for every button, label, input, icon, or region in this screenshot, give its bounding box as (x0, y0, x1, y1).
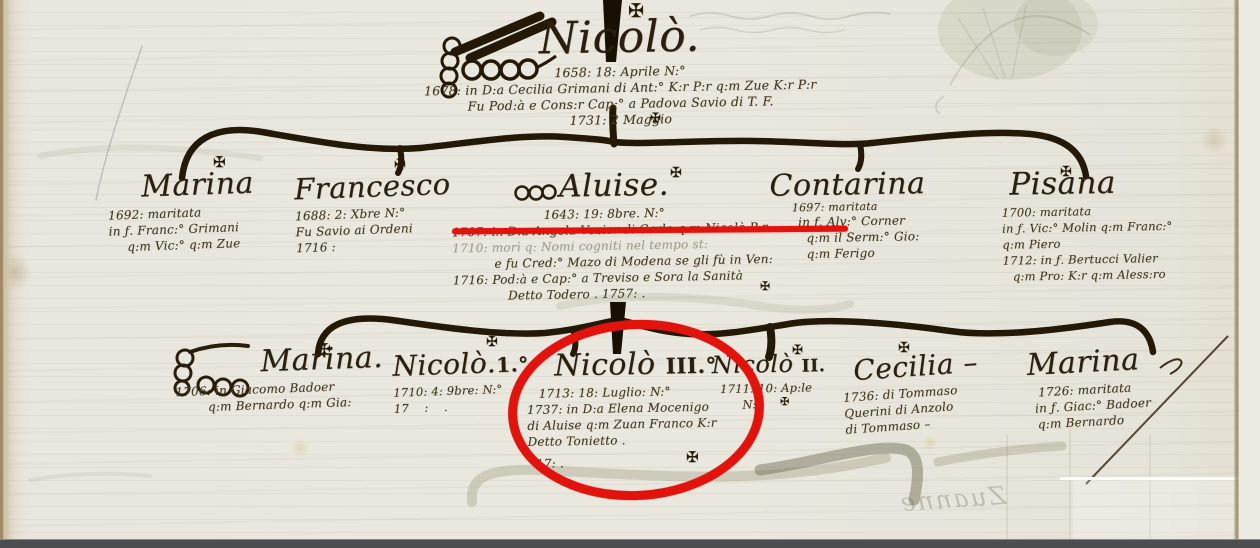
cross-icon: ✠ (780, 396, 789, 407)
cross-icon: ✠ (318, 342, 331, 357)
person-name: Nicolò. (379, 12, 860, 64)
cross-icon: ✠ (213, 155, 226, 170)
root-name-text: Nicolò. (538, 11, 700, 65)
cross-icon: ✠ (792, 344, 803, 357)
person-detail-line: q:m Pro: K:r q:m Aless:ro (1013, 265, 1203, 284)
person-entry-marina-g2-right: Marina 1726: maritata in ƒ. Giac:° Badoe… (1026, 341, 1220, 433)
cross-icon: ✠ (394, 158, 406, 172)
manuscript-page: Nicolò. 1658: 18: Aprile N:° 1678: in D:… (0, 0, 1260, 548)
person-name: Marina (1026, 341, 1217, 381)
page-left-edge-line (0, 0, 3, 548)
person-detail-line: q:m Ferigo (807, 243, 971, 262)
person-entry-marina-g1: Marina 1692: maritata in ƒ. Franc:° Grim… (107, 166, 320, 255)
cross-icon: ✠ (898, 341, 910, 355)
cross-icon: ✠ (760, 280, 770, 292)
cross-icon: ✠ (670, 166, 682, 180)
person-name: Marina (141, 166, 318, 202)
cross-icon: ✠ (628, 2, 644, 21)
person-name: Pisana (1009, 166, 1202, 200)
cross-icon: ✠ (1060, 165, 1072, 179)
person-entry-root: Nicolò. 1658: 18: Aprile N:° 1678: in D:… (379, 12, 861, 132)
person-name: Contarina (769, 168, 969, 201)
person-entry-cecilia: Cecilia – 1736: di Tommaso Querini di An… (840, 346, 1015, 438)
person-entry-contarina: Contarina 1697: maritata in ƒ. Alv:° Cor… (769, 168, 971, 262)
cross-icon: ✠ (486, 335, 498, 349)
bottom-scan-bar (0, 539, 1260, 548)
scan-seam-patch (1073, 480, 1260, 539)
person-entry-pisana: Pisana 1700: maritata in ƒ. Vic:° Molin … (1001, 166, 1203, 284)
person-entry-marina-g2: Marina. 1706: in Giacomo Badoer q:m Bern… (174, 342, 416, 416)
cross-icon: ✠ (650, 112, 661, 125)
adjacent-page-strip (1239, 0, 1260, 548)
floral-sketch (936, 0, 1098, 114)
